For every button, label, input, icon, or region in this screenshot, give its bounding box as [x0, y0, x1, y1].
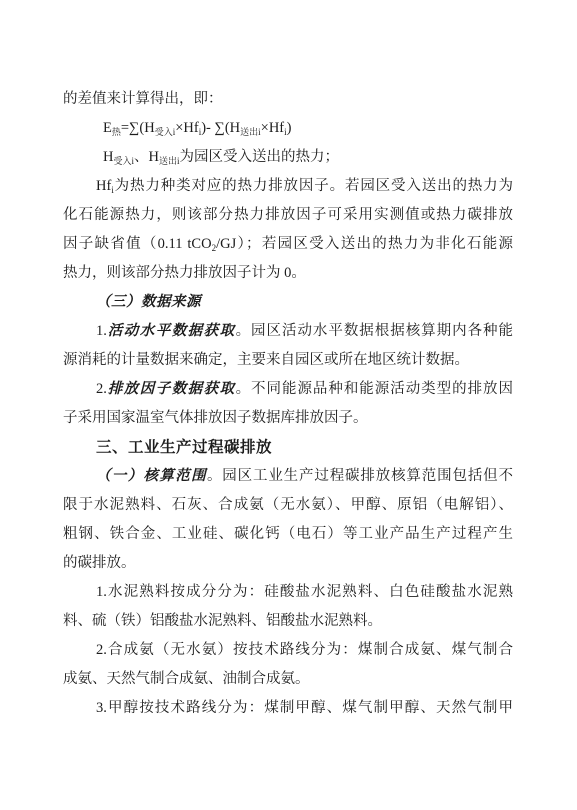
text-segment: 。不同能源品种和能源活动类型的排放因 [236, 381, 513, 397]
text-segment: Hf [96, 178, 111, 194]
text-segment: （一）核算范围 [96, 468, 207, 484]
paragraph-continuation-line: 的差值来计算得出，即： [63, 85, 513, 114]
paragraph-line: 2.合成氨（无水氨）按技术路线分为：煤制合成氨、煤气制合 [63, 636, 513, 665]
text-segment: 成氨、天然气制合成氨、油制合成氨。 [63, 671, 310, 687]
paragraph-line: 的碳排放。 [63, 549, 513, 578]
paragraph-line: 3.甲醇按技术路线分为：煤制甲醇、煤气制甲醇、天然气制甲 [63, 694, 513, 723]
text-segment: 3.甲醇按技术路线分为：煤制甲醇、煤气制甲醇、天然气制甲 [96, 700, 513, 716]
text-segment: 1.水泥熟料按成分分为：硅酸盐水泥熟料、白色硅酸盐水泥熟 [96, 584, 513, 600]
paragraph-line: 化石能源热力，则该部分热力排放因子可采用实测值或热力碳排放 [63, 201, 513, 230]
text-segment: 源消耗的计量数据来确定，主要来自园区或所在地区统计数据。 [63, 352, 469, 368]
text-segment: 粗钢、铁合金、工业硅、碳化钙（电石）等工业产品生产过程产生 [63, 526, 513, 542]
text-segment: 排放因子数据获取 [107, 381, 236, 397]
text-segment: 的碳排放。 [63, 555, 136, 571]
text-segment: 2.合成氨（无水氨）按技术路线分为：煤制合成氨、煤气制合 [96, 642, 513, 658]
formula-heat-emission: E热=∑(H受入i×Hfi)- ∑(H送出i×Hfi) [63, 114, 513, 143]
paragraph-line: 1.活动水平数据获取。园区活动水平数据根据核算期内各种能 [63, 317, 513, 346]
text-segment: 活动水平数据获取 [107, 323, 236, 339]
text-segment: 、H [134, 149, 159, 165]
subscript-text: 送出i [159, 156, 180, 166]
paragraph-line: 源消耗的计量数据来确定，主要来自园区或所在地区统计数据。 [63, 346, 513, 375]
text-segment: ×Hf [175, 120, 198, 136]
text-segment: 1. [96, 323, 107, 339]
chapter-heading-industrial-process: 三、工业生产过程碳排放 [63, 433, 513, 462]
text-segment: 限于水泥熟料、石灰、合成氨（无水氨）、甲醇、原铝（电解铝）、 [63, 497, 513, 513]
section-heading-data-source: （三）数据来源 [63, 288, 513, 317]
text-segment: 子采用国家温室气体排放因子数据库排放因子。 [63, 410, 368, 426]
paragraph-line: 因子缺省值（0.11 tCO2/GJ）；若园区受入送出的热力为非化石能源 [63, 230, 513, 259]
text-segment: E [103, 120, 112, 136]
text-segment: )- ∑(H [201, 120, 240, 136]
text-segment: H [103, 149, 113, 165]
paragraph-line: 限于水泥熟料、石灰、合成氨（无水氨）、甲醇、原铝（电解铝）、 [63, 491, 513, 520]
paragraph-line: 子采用国家温室气体排放因子数据库排放因子。 [63, 404, 513, 433]
text-segment: /GJ）；若园区受入送出的热力为非化石能源 [216, 236, 513, 252]
text-segment: 2. [96, 381, 107, 397]
text-segment: 因子缺省值（0.11 tCO [63, 236, 212, 252]
paragraph-line: （一）核算范围。园区工业生产过程碳排放核算范围包括但不 [63, 462, 513, 491]
text-segment: 料、硫（铁）铝酸盐水泥熟料、铝酸盐水泥熟料。 [63, 613, 382, 629]
text-segment: 化石能源热力，则该部分热力排放因子可采用实测值或热力碳排放 [63, 207, 513, 223]
text-segment: 为园区受入送出的热力； [180, 149, 340, 165]
text-segment: 为热力种类对应的热力排放因子。若园区受入送出的热力为 [114, 178, 513, 194]
subscript-text: 受入i [155, 127, 176, 137]
text-segment: 。园区活动水平数据根据核算期内各种能 [236, 323, 513, 339]
paragraph-line: 1.水泥熟料按成分分为：硅酸盐水泥熟料、白色硅酸盐水泥熟 [63, 578, 513, 607]
text-segment: ) [287, 120, 292, 136]
text-segment: 。园区工业生产过程碳排放核算范围包括但不 [207, 468, 513, 484]
paragraph-line: 2.排放因子数据获取。不同能源品种和能源活动类型的排放因 [63, 375, 513, 404]
document-body: 的差值来计算得出，即：E热=∑(H受入i×Hfi)- ∑(H送出i×Hfi)H受… [63, 85, 513, 723]
text-segment: =∑(H [121, 120, 155, 136]
document-page: 的差值来计算得出，即：E热=∑(H受入i×Hfi)- ∑(H送出i×Hfi)H受… [0, 0, 577, 810]
paragraph-line: 热力，则该部分热力排放因子计为 0。 [63, 259, 513, 288]
text-segment: 三、工业生产过程碳排放 [96, 439, 272, 456]
paragraph-line: 成氨、天然气制合成氨、油制合成氨。 [63, 665, 513, 694]
text-segment: 热力，则该部分热力排放因子计为 0。 [63, 265, 306, 281]
paragraph-line: 料、硫（铁）铝酸盐水泥熟料、铝酸盐水泥熟料。 [63, 607, 513, 636]
text-segment: （三）数据来源 [96, 294, 201, 310]
text-segment: ×Hf [261, 120, 284, 136]
subscript-text: 送出i [240, 127, 261, 137]
subscript-text: 受入i [113, 156, 134, 166]
text-segment: 的差值来计算得出，即： [63, 91, 223, 107]
subscript-text: 热 [112, 127, 121, 137]
paragraph-line: 粗钢、铁合金、工业硅、碳化钙（电石）等工业产品生产过程产生 [63, 520, 513, 549]
formula-heat-definition: H受入i、H送出i为园区受入送出的热力； [63, 143, 513, 172]
paragraph-line: Hfi为热力种类对应的热力排放因子。若园区受入送出的热力为 [63, 172, 513, 201]
